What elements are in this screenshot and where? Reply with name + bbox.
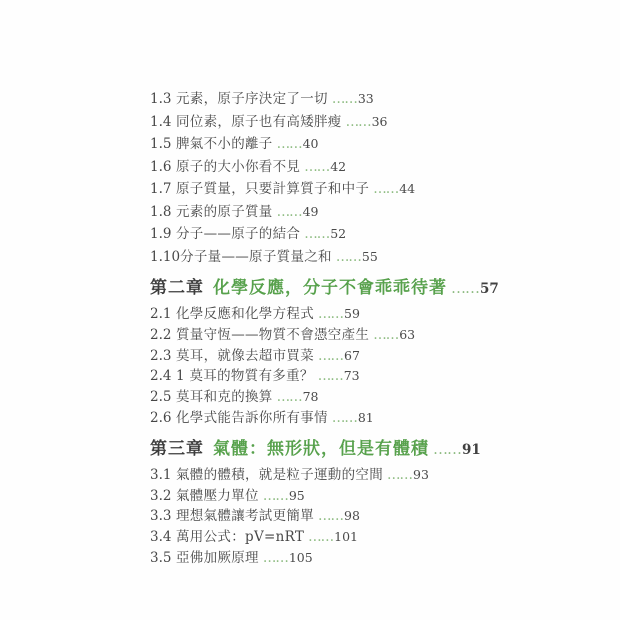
section-title: 質量守恆——物質不會憑空產生	[176, 327, 369, 343]
section-number: 1.8	[150, 201, 176, 224]
leader-dots: ……	[304, 226, 329, 242]
section-title: 氣體的體積，就是粒子運動的空間	[176, 467, 383, 483]
leader-dots: ……	[387, 467, 412, 483]
toc-entry: 3.5亞佛加厥原理……105	[150, 548, 490, 569]
page-number: 105	[289, 550, 313, 565]
toc-entry: 3.3理想氣體讓考試更簡單……98	[150, 506, 490, 527]
chapter3-section-list: 3.1氣體的體積，就是粒子運動的空間……93 3.2氣體壓力單位……95 3.3…	[150, 465, 490, 569]
toc-entry: 1.8元素的原子質量……49	[150, 201, 490, 224]
page-number: 59	[344, 306, 360, 321]
section-number: 2.3	[150, 346, 176, 367]
leader-dots: ……	[308, 529, 333, 545]
section-title: 理想氣體讓考試更簡單	[176, 508, 314, 524]
page-number: 73	[344, 368, 360, 383]
page-number: 95	[289, 488, 305, 503]
book-page: 1.3元素，原子序決定了一切……33 1.4同位素，原子也有高矮胖瘦……36 1…	[0, 0, 620, 620]
page-number: 49	[303, 204, 319, 219]
section-number: 2.2	[150, 325, 176, 346]
leader-dots: ……	[373, 327, 398, 343]
page-number: 67	[344, 348, 360, 363]
section-title: 元素的原子質量	[176, 204, 273, 220]
page-number: 36	[372, 114, 388, 129]
section-title: 元素，原子序決定了一切	[176, 91, 328, 107]
section-number: 1.10	[150, 246, 180, 269]
section-number: 3.3	[150, 506, 176, 527]
leader-dots: ……	[318, 368, 343, 384]
toc-entry: 1.5脾氣不小的離子……40	[150, 133, 490, 156]
chapter-title: 氣體：無形狀，但是有體積	[213, 439, 429, 459]
toc-entry: 1.3元素，原子序決定了一切……33	[150, 88, 490, 111]
section-number: 3.2	[150, 486, 176, 507]
leader-dots: ……	[318, 306, 343, 322]
chapter-label: 第二章	[150, 278, 204, 298]
chapter2-heading: 第二章化學反應，分子不會乖乖待著……57	[150, 275, 490, 302]
leader-dots: ……	[263, 550, 288, 566]
chapter3-heading: 第三章氣體：無形狀，但是有體積……91	[150, 436, 490, 463]
leader-dots: ……	[277, 204, 302, 220]
chapter-title: 化學反應，分子不會乖乖待著	[213, 278, 447, 298]
toc-entry: 3.2氣體壓力單位……95	[150, 486, 490, 507]
section-number: 1.4	[150, 111, 176, 134]
section-title: 脾氣不小的離子	[176, 136, 273, 152]
toc-entry: 2.1化學反應和化學方程式……59	[150, 304, 490, 325]
section-title: 化學反應和化學方程式	[176, 306, 314, 322]
chapter-label: 第三章	[150, 439, 204, 459]
leader-dots: ……	[336, 249, 361, 265]
page-number: 98	[344, 508, 360, 523]
section-title: 原子的大小你看不見	[176, 159, 300, 175]
section-number: 1.3	[150, 88, 176, 111]
section-number: 1.5	[150, 133, 176, 156]
chapter2-section-list: 2.1化學反應和化學方程式……59 2.2質量守恆——物質不會憑空產生……63 …	[150, 304, 490, 429]
table-of-contents: 1.3元素，原子序決定了一切……33 1.4同位素，原子也有高矮胖瘦……36 1…	[150, 88, 490, 569]
page-number: 93	[413, 467, 429, 482]
chapter1-section-list: 1.3元素，原子序決定了一切……33 1.4同位素，原子也有高矮胖瘦……36 1…	[150, 88, 490, 268]
section-number: 2.1	[150, 304, 176, 325]
section-title: 莫耳和克的換算	[176, 389, 273, 405]
section-title: 亞佛加厥原理	[176, 550, 259, 566]
section-number: 2.4	[150, 366, 176, 387]
page-number: 40	[303, 136, 319, 151]
leader-dots: ……	[451, 279, 479, 297]
section-number: 3.1	[150, 465, 176, 486]
toc-entry: 1.9分子——原子的結合……52	[150, 223, 490, 246]
page-number: 57	[480, 281, 499, 297]
toc-entry: 1.7原子質量，只要計算質子和中子……44	[150, 178, 490, 201]
section-title: 氣體壓力單位	[176, 488, 259, 504]
section-title: 同位素，原子也有高矮胖瘦	[176, 114, 342, 130]
toc-entry: 1.6原子的大小你看不見……42	[150, 156, 490, 179]
section-number: 2.6	[150, 408, 176, 429]
section-number: 1.9	[150, 223, 176, 246]
section-title: 1 莫耳的物質有多重？	[176, 368, 314, 384]
toc-entry: 1.4同位素，原子也有高矮胖瘦……36	[150, 111, 490, 134]
toc-entry: 2.5莫耳和克的換算……78	[150, 387, 490, 408]
page-number: 52	[330, 226, 346, 241]
section-number: 2.5	[150, 387, 176, 408]
leader-dots: ……	[304, 159, 329, 175]
page-number: 63	[399, 327, 415, 342]
leader-dots: ……	[318, 348, 343, 364]
page-number: 55	[362, 249, 378, 264]
section-title: 化學式能告訴你所有事情	[176, 410, 328, 426]
section-title: 萬用公式：pV=nRT	[176, 529, 304, 545]
toc-entry: 1.10分子量——原子質量之和……55	[150, 246, 490, 269]
section-title: 莫耳，就像去超市買菜	[176, 348, 314, 364]
toc-entry: 2.41 莫耳的物質有多重？……73	[150, 366, 490, 387]
toc-entry: 2.6化學式能告訴你所有事情……81	[150, 408, 490, 429]
page-number: 101	[334, 529, 358, 544]
toc-entry: 3.4萬用公式：pV=nRT……101	[150, 527, 490, 548]
page-number: 81	[358, 410, 374, 425]
leader-dots: ……	[332, 410, 357, 426]
leader-dots: ……	[263, 488, 288, 504]
section-title: 分子——原子的結合	[176, 226, 300, 242]
page-number: 44	[399, 181, 415, 196]
section-number: 3.4	[150, 527, 176, 548]
page-number: 78	[303, 389, 319, 404]
section-number: 1.7	[150, 178, 176, 201]
leader-dots: ……	[373, 181, 398, 197]
section-number: 1.6	[150, 156, 176, 179]
page-number: 91	[462, 442, 481, 458]
toc-entry: 2.3莫耳，就像去超市買菜……67	[150, 346, 490, 367]
leader-dots: ……	[318, 508, 343, 524]
toc-entry: 3.1氣體的體積，就是粒子運動的空間……93	[150, 465, 490, 486]
section-number: 3.5	[150, 548, 176, 569]
leader-dots: ……	[433, 440, 461, 458]
leader-dots: ……	[277, 389, 302, 405]
leader-dots: ……	[277, 136, 302, 152]
leader-dots: ……	[346, 114, 371, 130]
page-number: 33	[358, 91, 374, 106]
toc-entry: 2.2質量守恆——物質不會憑空產生……63	[150, 325, 490, 346]
leader-dots: ……	[332, 91, 357, 107]
page-number: 42	[330, 159, 346, 174]
section-title: 原子質量，只要計算質子和中子	[176, 181, 369, 197]
section-title: 分子量——原子質量之和	[180, 249, 332, 265]
